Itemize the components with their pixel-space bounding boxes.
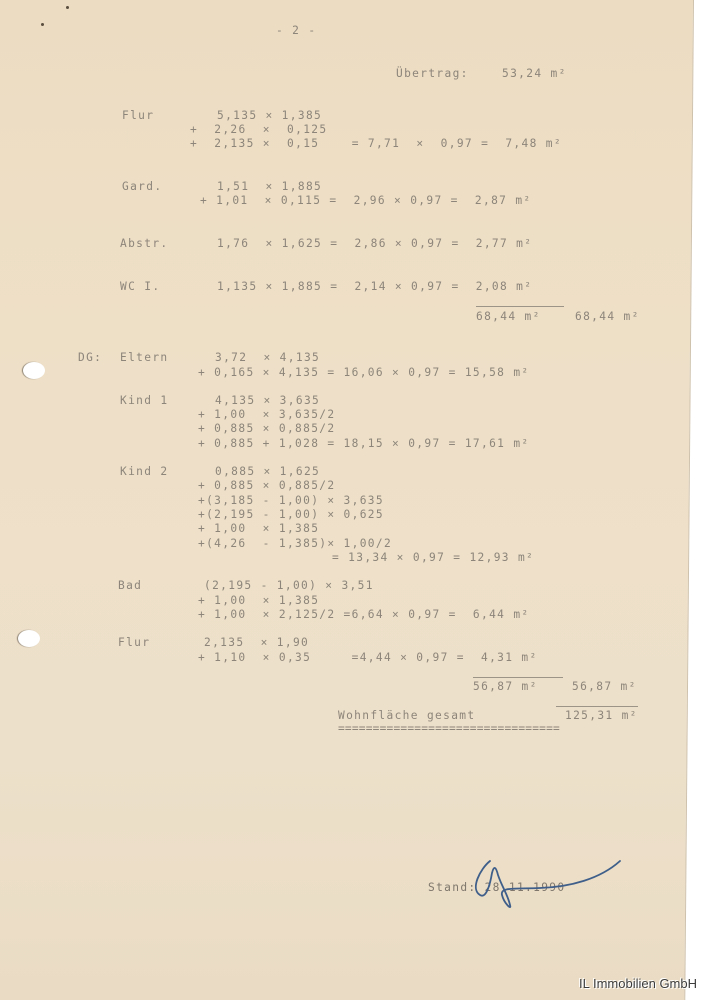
calc-line: + 1,00 × 1,385 xyxy=(198,522,319,536)
calc-line: 4,135 × 3,635 xyxy=(215,394,320,408)
calc-line: 1,135 × 1,885 = 2,14 × 0,97 = 2,08 m² xyxy=(217,280,532,294)
room-label-kind1: Kind 1 xyxy=(120,394,169,408)
calc-line: +(3,185 - 1,00) × 3,635 xyxy=(198,494,384,508)
calc-line: (2,195 - 1,00) × 3,51 xyxy=(204,579,374,593)
calc-line: + 0,165 × 4,135 = 16,06 × 0,97 = 15,58 m… xyxy=(198,366,530,380)
subtotal-rule xyxy=(476,306,564,307)
calc-line: +(4,26 - 1,385)× 1,00/2 xyxy=(198,537,392,551)
calc-line: + 1,01 × 0,115 = 2,96 × 0,97 = 2,87 m² xyxy=(200,194,532,208)
eg-subtotal-carried: 68,44 m² xyxy=(575,310,640,324)
total-double-underline: ================================ xyxy=(338,722,560,736)
calc-line: + 1,00 × 3,635/2 xyxy=(198,408,335,422)
eg-subtotal: 68,44 m² xyxy=(476,310,541,324)
calc-line: 3,72 × 4,135 xyxy=(215,351,320,365)
calc-line: 2,135 × 1,90 xyxy=(204,636,309,650)
page-number: - 2 - xyxy=(276,24,316,38)
calc-line: + 2,135 × 0,15 = 7,71 × 0,97 = 7,48 m² xyxy=(190,137,562,151)
total-label: Wohnfläche gesamt xyxy=(338,709,475,723)
subtotal-rule xyxy=(473,677,563,678)
room-label-kind2: Kind 2 xyxy=(120,465,169,479)
document-page: - 2 - Übertrag: 53,24 m² Flur 5,135 × 1,… xyxy=(0,0,707,1000)
watermark: IL Immobilien GmbH xyxy=(579,976,697,991)
calc-line: 1,51 × 1,885 xyxy=(217,180,322,194)
room-label-wc: WC I. xyxy=(120,280,160,294)
calc-line: +(2,195 - 1,00) × 0,625 xyxy=(198,508,384,522)
speck xyxy=(66,6,69,9)
calc-line: + 0,885 + 1,028 = 18,15 × 0,97 = 17,61 m… xyxy=(198,437,530,451)
room-label-flur: Flur xyxy=(122,109,154,123)
carry-over-value: 53,24 m² xyxy=(502,67,567,81)
calc-line: 1,76 × 1,625 = 2,86 × 0,97 = 2,77 m² xyxy=(217,237,532,251)
room-label-flur-dg: Flur xyxy=(118,636,150,650)
floor-label-dg: DG: xyxy=(78,351,102,365)
calc-line: + 2,26 × 0,125 xyxy=(190,123,327,137)
calc-line: + 0,885 × 0,885/2 xyxy=(198,422,335,436)
calc-line: + 1,10 × 0,35 =4,44 × 0,97 = 4,31 m² xyxy=(198,651,538,665)
carry-over-label: Übertrag: xyxy=(396,67,469,81)
calc-line: + 1,00 × 1,385 xyxy=(198,594,319,608)
total-value: 125,31 m² xyxy=(565,709,638,723)
room-label-abstr: Abstr. xyxy=(120,237,169,251)
total-rule xyxy=(556,706,638,707)
room-label-bad: Bad xyxy=(118,579,142,593)
dg-subtotal: 56,87 m² xyxy=(473,680,538,694)
calc-line: 0,885 × 1,625 xyxy=(215,465,320,479)
room-label-gard: Gard. xyxy=(122,180,162,194)
calc-line: 5,135 × 1,385 xyxy=(217,109,322,123)
punch-hole xyxy=(23,362,45,379)
speck xyxy=(41,23,44,26)
calc-line: = 13,34 × 0,97 = 12,93 m² xyxy=(332,551,534,565)
calc-line: + 1,00 × 2,125/2 =6,64 × 0,97 = 6,44 m² xyxy=(198,608,530,622)
dg-subtotal-carried: 56,87 m² xyxy=(572,680,637,694)
signature xyxy=(470,855,630,915)
calc-line: + 0,885 × 0,885/2 xyxy=(198,479,335,493)
room-label-eltern: Eltern xyxy=(120,351,169,365)
punch-hole xyxy=(18,630,40,647)
